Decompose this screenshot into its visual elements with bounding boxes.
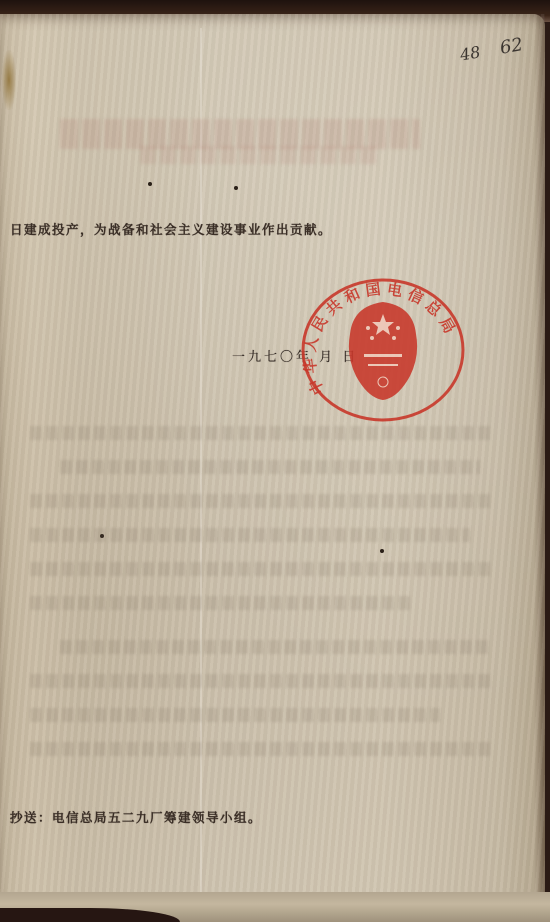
ink-speck xyxy=(234,186,238,190)
handwritten-page-number-1: 48 xyxy=(459,42,482,64)
handwritten-page-number-2: 62 xyxy=(498,34,524,59)
faded-header-text-2 xyxy=(140,146,380,164)
document-page: 48 62 日建成投产，为战备和社会主义建设事业作出贡献。 一九七〇年 月 日 … xyxy=(0,14,545,902)
faded-body-line xyxy=(30,426,490,440)
official-seal: 中 华 人 民 共 和 国 电 信 总 局 xyxy=(298,276,468,424)
cc-line: 抄送：电信总局五二九厂筹建领导小组。 xyxy=(10,808,262,826)
closing-sentence: 日建成投产，为战备和社会主义建设事业作出贡献。 xyxy=(10,220,332,238)
ink-speck xyxy=(380,549,384,553)
ink-speck xyxy=(148,182,152,186)
faded-body-line xyxy=(30,528,470,542)
faded-body-line xyxy=(30,674,490,688)
faded-header-text xyxy=(60,119,420,149)
stain xyxy=(2,50,16,110)
faded-body-line xyxy=(30,562,490,576)
faded-body-line xyxy=(30,494,490,508)
faded-body-line xyxy=(30,596,410,610)
seal-graphic: 中 华 人 民 共 和 国 电 信 总 局 xyxy=(298,276,468,424)
faded-body-line xyxy=(60,460,480,474)
faded-body-line xyxy=(30,708,440,722)
national-emblem-icon xyxy=(349,302,417,400)
faded-body-line xyxy=(30,742,490,756)
faded-body-line xyxy=(60,640,490,654)
